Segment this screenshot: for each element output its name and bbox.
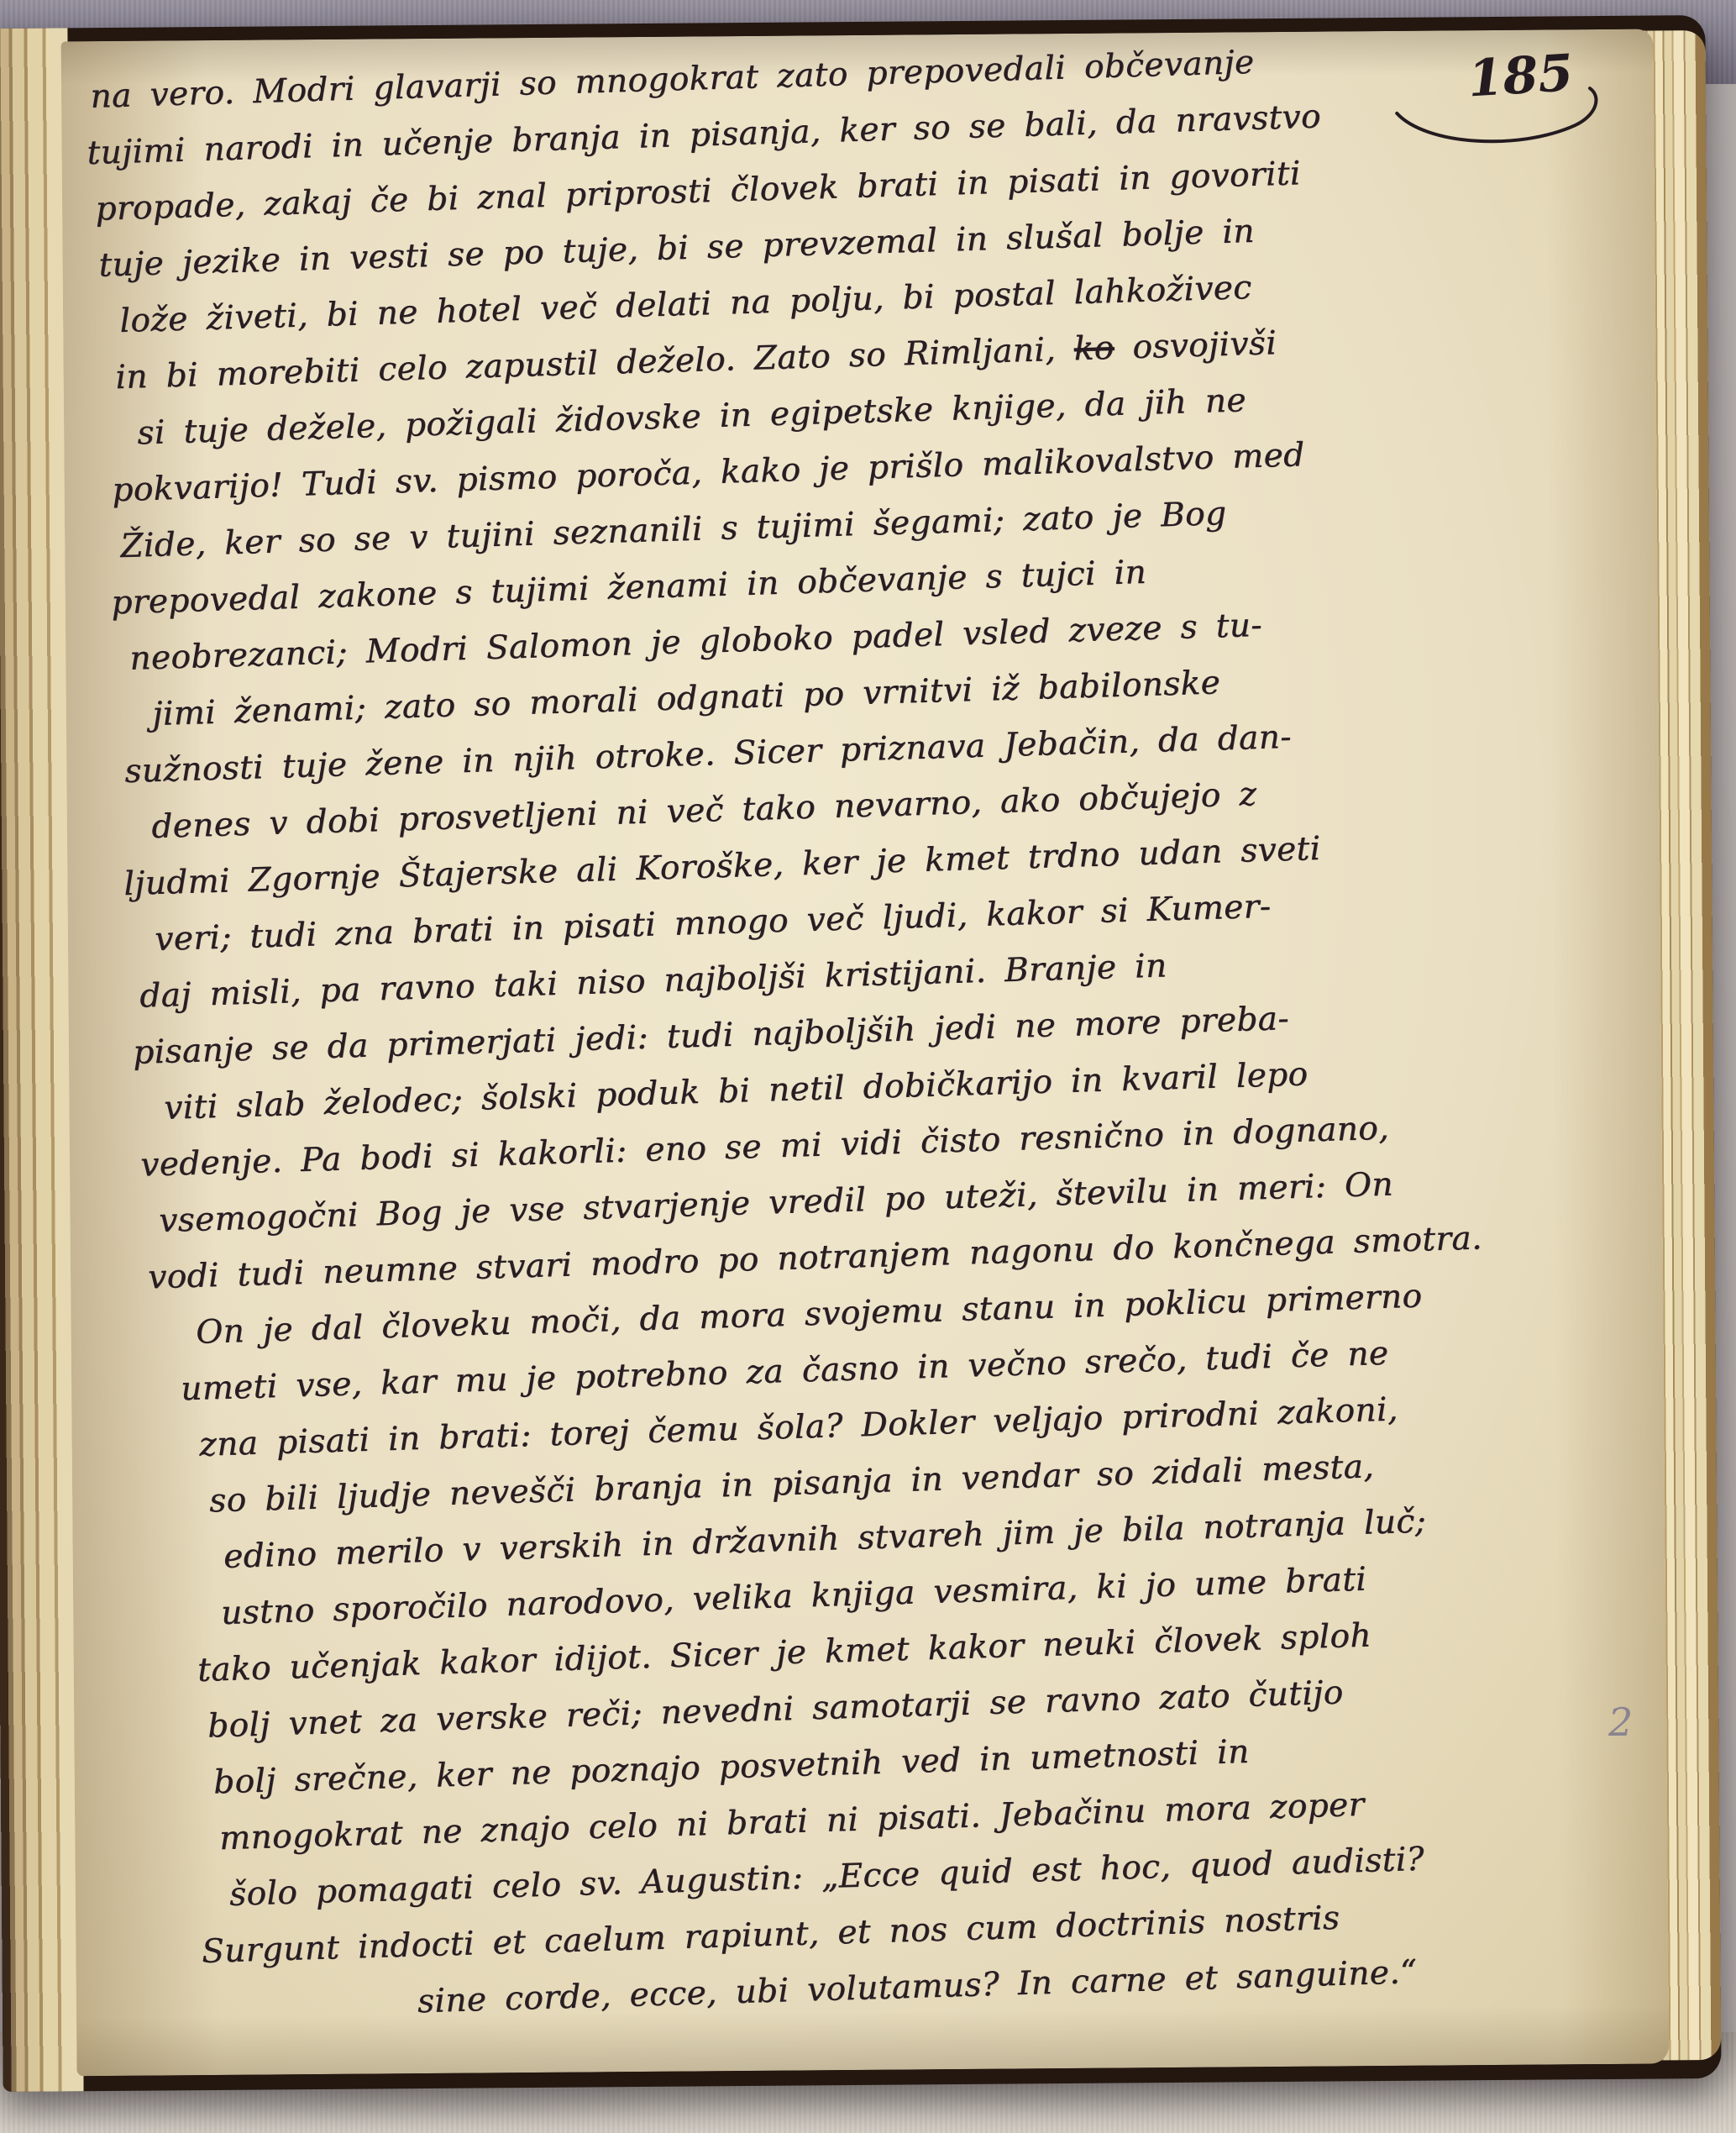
page-number: 185 bbox=[1466, 44, 1575, 108]
photograph-of-manuscript: 185 na vero. Modri glavarji so mnogokrat… bbox=[0, 0, 1736, 2133]
pencil-annotation: 2 bbox=[1608, 1700, 1634, 1745]
manuscript-text: na vero. Modri glavarji so mnogokrat zat… bbox=[83, 33, 1670, 2059]
manuscript-page: 185 na vero. Modri glavarji so mnogokrat… bbox=[61, 29, 1670, 2076]
open-notebook: 185 na vero. Modri glavarji so mnogokrat… bbox=[0, 15, 1722, 2092]
